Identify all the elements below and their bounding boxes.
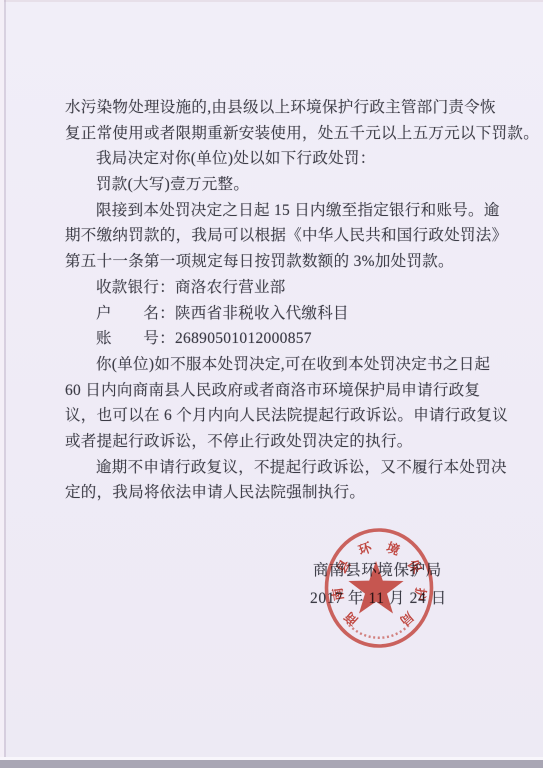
doc-line: 议，也可以在 6 个月内向人民法院提起行政诉讼。申请行政复议 (65, 403, 507, 429)
doc-line: 复正常使用或者限期重新安装使用，处五千元以上五万元以下罚款。 (65, 121, 507, 147)
paper-left-edge-line (4, 0, 6, 768)
paper-bottom-edge (0, 760, 543, 768)
seal-ring-char: 南 (330, 587, 347, 602)
doc-line: 你(单位)如不服本处罚决定,可在收到本处罚决定书之日起 (65, 352, 507, 378)
doc-line: 期不缴纳罚款的，我局可以根据《中华人民共和国行政处罚法》 (65, 223, 507, 249)
seal-code-marks (349, 625, 409, 638)
seal-ring-char: 商 (341, 609, 361, 629)
doc-line: 定的，我局将依法申请人民法院强制执行。 (65, 480, 507, 506)
document-body: 水污染物处理设施的,由县级以上环境保护行政主管部门责令恢 复正常使用或者限期重新… (65, 95, 507, 506)
doc-line: 或者提起行政诉讼，不停止行政处罚决定的执行。 (65, 429, 507, 455)
official-red-seal: 商 南 县 环 境 保 护 局 (322, 526, 436, 650)
doc-line: 我局决定对你(单位)处以如下行政处罚： (65, 146, 507, 172)
doc-line: 第五十一条第一项规定每日按罚款数额的 3%加处罚款。 (65, 249, 507, 275)
doc-line: 水污染物处理设施的,由县级以上环境保护行政主管部门责令恢 (65, 95, 507, 121)
doc-line: 限接到本处罚决定之日起 15 日内缴至指定银行和账号。逾 (65, 198, 507, 224)
paper-top-edge (0, 0, 543, 2)
seal-ring-char: 保 (405, 557, 425, 576)
doc-line-bank: 收款银行：商洛农行营业部 (65, 275, 507, 301)
doc-line-account-name: 户 名：陕西省非税收入代缴科目 (65, 301, 507, 327)
seal-star-icon (348, 561, 403, 614)
seal-ring-char: 境 (384, 540, 401, 559)
seal-ring-char: 县 (334, 557, 354, 576)
doc-line: 60 日内向商南县人民政府或者商洛市环境保护局申请行政复 (65, 378, 507, 404)
seal-ring-char: 环 (356, 539, 374, 558)
scanned-paper-page: 水污染物处理设施的,由县级以上环境保护行政主管部门责令恢 复正常使用或者限期重新… (0, 0, 543, 768)
doc-line-fine-amount: 罚款(大写)壹万元整。 (65, 172, 507, 198)
seal-graphic: 商 南 县 环 境 保 护 局 (322, 526, 436, 650)
doc-line: 逾期不申请行政复议，不提起行政诉讼，又不履行本处罚决 (65, 455, 507, 481)
doc-line-account-number: 账 号：26890501012000857 (65, 326, 507, 352)
seal-ring-char: 护 (412, 587, 429, 602)
